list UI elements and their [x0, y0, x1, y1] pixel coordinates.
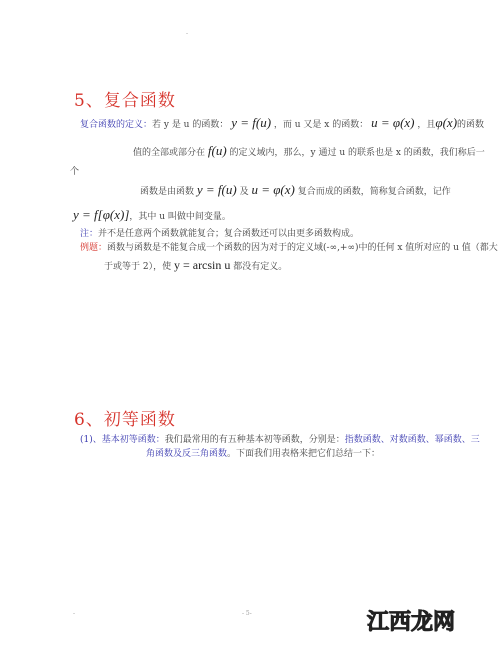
text: 函数与函数是不能复合成一个函数的因为对于的定义域(-∞,+∞)中的任何 x 值所…	[107, 243, 498, 253]
example-line-2: 于或等于 2），使 y = arcsin u 都没有定义。	[104, 258, 287, 273]
formula: y = f(u)	[231, 115, 271, 130]
section-5-heading: 5、复合函数	[74, 86, 176, 111]
formula: y = arcsin u	[174, 258, 230, 272]
watermark-char: 西	[389, 610, 411, 635]
formula: y = f[φ(x)]	[73, 207, 129, 222]
note-line: 注：并不是任意两个函数就能复合；复合函数还可以由更多函数构成。	[80, 226, 359, 239]
section-6-heading: 6、初等函数	[74, 405, 176, 430]
text: 复合而成的函数，简称复合函数，记作	[298, 187, 451, 197]
function-list: 指数函数、对数函数、幂函数、三	[345, 435, 480, 445]
text: 于或等于 2），使	[104, 262, 171, 272]
text: 值的全部或部分在	[133, 148, 205, 158]
note-label: 注：	[80, 229, 98, 239]
formula: u = φ(x)	[371, 115, 414, 130]
text: ，且	[417, 120, 435, 130]
example-line-1: 例题：函数与函数是不能复合成一个函数的因为对于的定义域(-∞,+∞)中的任何 x…	[80, 240, 498, 253]
definition-line-4: 函数是由函数 y = f(u) 及 u = φ(x) 复合而成的函数，简称复合函…	[140, 182, 451, 198]
definition-line-3: 个	[70, 164, 79, 177]
definition-label: 复合函数的定义：	[80, 120, 152, 130]
text: 并不是任意两个函数就能复合；复合函数还可以由更多函数构成。	[98, 229, 359, 239]
function-list: 角函数及反三角函数	[146, 449, 227, 459]
footer-left-mark: -	[73, 610, 75, 617]
text: 的定义域内，那么，y 通过 u 的联系也是 x 的函数，我们称后一	[230, 148, 485, 158]
definition-line-2: 值的全部或部分在 f(u) 的定义域内，那么，y 通过 u 的联系也是 x 的函…	[133, 143, 485, 159]
formula: φ(x)	[435, 115, 457, 130]
item-prefix: (1)、	[80, 435, 102, 445]
text: 。下面我们用表格来把它们总结一下：	[227, 449, 380, 459]
text: 函数是由函数	[140, 187, 194, 197]
text: 及	[240, 187, 249, 197]
watermark-char: 网	[433, 610, 455, 635]
text: ，其中 u 叫做中间变量。	[129, 212, 231, 222]
example-label: 例题：	[80, 243, 107, 253]
formula: u = φ(x)	[251, 182, 294, 197]
page-number: - 5-	[242, 610, 252, 617]
elementary-functions-line-1: (1)、基本初等函数：我们最常用的有五种基本初等函数，分别是：指数函数、对数函数…	[80, 432, 480, 445]
watermark-char: 龙	[411, 610, 433, 635]
watermark-logo: 江西龙网	[367, 605, 455, 636]
text: 的函数	[457, 120, 484, 130]
text: 我们最常用的有五种基本初等函数，分别是：	[165, 435, 345, 445]
header-mark: -	[186, 30, 188, 37]
text: 都没有定义。	[233, 262, 287, 272]
formula: y = f(u)	[197, 182, 237, 197]
definition-line-5: y = f[φ(x)]，其中 u 叫做中间变量。	[73, 207, 231, 223]
definition-line-1: 复合函数的定义：若 y 是 u 的函数： y = f(u) ，而 u 又是 x …	[80, 115, 484, 131]
formula: f(u)	[208, 143, 227, 158]
elementary-functions-line-2: 角函数及反三角函数。下面我们用表格来把它们总结一下：	[146, 446, 380, 459]
watermark-char: 江	[367, 610, 389, 635]
text: ，而 u 又是 x 的函数：	[274, 120, 368, 130]
text: 若 y 是 u 的函数：	[152, 120, 228, 130]
item-label: 基本初等函数：	[102, 435, 165, 445]
